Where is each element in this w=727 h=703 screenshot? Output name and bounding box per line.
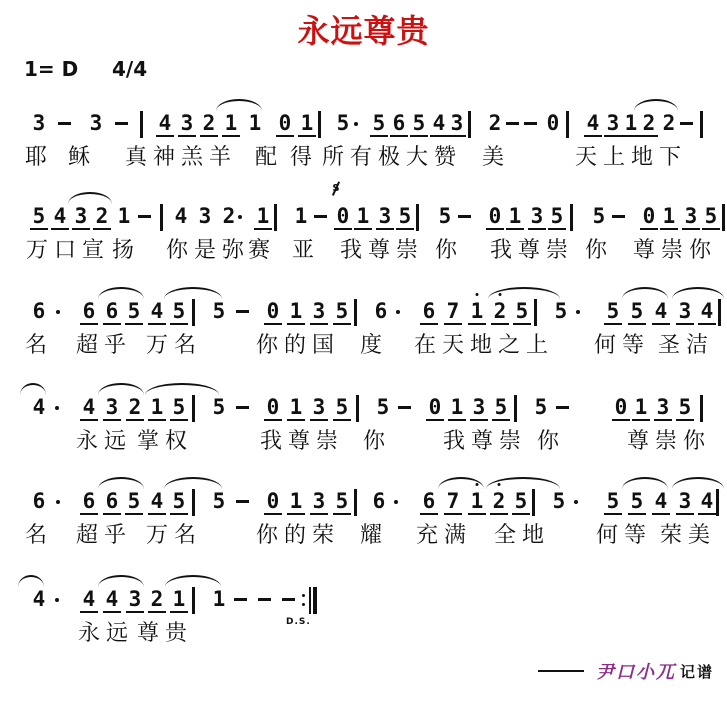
note-digit: 3: [30, 112, 48, 135]
lyric: 何等: [594, 328, 650, 359]
lyric: 你的荣: [256, 518, 340, 549]
note-digit: 5: [410, 112, 428, 137]
duration-dash: [58, 122, 71, 125]
note-digit: 5: [210, 396, 228, 419]
note-digit: 5: [333, 300, 351, 325]
note-digit: 1: [468, 300, 486, 325]
slur-arc: [68, 192, 112, 204]
barline: [416, 204, 419, 231]
note-digit: 0: [544, 112, 562, 135]
augmentation-dot: [354, 122, 358, 126]
note-digit: 4: [156, 112, 174, 137]
note-digit: 0: [486, 205, 504, 230]
barline: [192, 489, 195, 516]
lyric: 永远: [76, 424, 132, 455]
note-digit: 2: [220, 205, 238, 228]
note-digit: 6: [370, 490, 388, 513]
lyric: 配: [255, 140, 283, 171]
note-digit: 4: [30, 588, 48, 611]
note-digit: 4: [584, 112, 602, 137]
barline: [192, 395, 195, 422]
note-digit: 3: [448, 112, 466, 137]
credit-line: 尹口小兀 记谱: [538, 658, 727, 688]
slur-arc: [672, 287, 724, 299]
note-digit: 6: [80, 490, 98, 515]
lyric: 你的国: [256, 328, 340, 359]
lyric: 万口宣: [26, 233, 110, 264]
lyric: 真神羔羊: [125, 140, 237, 171]
note-digit: 5: [604, 490, 622, 515]
note-digit: 1: [210, 588, 228, 611]
note-digit: 0: [426, 396, 444, 421]
slur-arc: [622, 287, 668, 299]
note-digit: 5: [702, 205, 720, 230]
barline: [356, 395, 359, 422]
note-digit: 5: [333, 490, 351, 515]
lyric: 我尊崇: [443, 424, 527, 455]
barline: [274, 204, 277, 231]
note-digit: 4: [30, 396, 48, 419]
note-digit: 4: [148, 300, 166, 325]
credit-dash: [538, 670, 584, 672]
lyric: 我尊崇: [260, 424, 344, 455]
lyric: 稣: [68, 140, 96, 171]
slur-arc: [18, 575, 44, 587]
note-digit: 0: [264, 300, 282, 325]
note-digit: 1: [148, 396, 166, 421]
note-digit: 5: [548, 205, 566, 230]
note-digit: 3: [470, 396, 488, 421]
note-digit: 1: [170, 588, 188, 613]
note-digit: 1: [287, 300, 305, 325]
duration-dash: [506, 122, 519, 125]
score: 3343211015565432043122耶稣真神羔羊配得所有极大赞美天上地下…: [0, 0, 727, 703]
slur-arc: [216, 99, 262, 111]
note-digit: 1: [506, 205, 524, 230]
note-digit: 1: [468, 490, 486, 515]
lyric: 圣洁: [658, 328, 714, 359]
note-digit: 0: [640, 205, 658, 230]
note-digit: 6: [103, 300, 121, 325]
note-digit: 0: [612, 396, 630, 421]
slur-arc: [98, 287, 144, 299]
note-digit: 3: [126, 588, 144, 613]
note-digit: 3: [310, 396, 328, 421]
octave-dot: [498, 483, 501, 486]
duration-dash: [138, 215, 151, 218]
note-digit: 3: [87, 112, 105, 135]
note-digit: 3: [676, 490, 694, 515]
duration-dash: [556, 406, 569, 409]
note-digit: 3: [72, 205, 90, 230]
lyric: 度: [360, 328, 388, 359]
lyric: 你: [435, 233, 463, 264]
barline: [192, 587, 195, 614]
note-digit: 6: [420, 490, 438, 515]
duration-dash: [234, 598, 247, 601]
lyric: 万名: [146, 518, 202, 549]
lyric: 尊崇你: [627, 424, 711, 455]
augmentation-dot: [396, 310, 400, 314]
note-digit: 3: [196, 205, 214, 228]
slur-arc: [622, 477, 668, 489]
lyric: 赛: [248, 233, 276, 264]
lyric: 尊贵: [137, 616, 193, 647]
barline: [534, 299, 537, 326]
lyric: 得: [290, 140, 318, 171]
augmentation-dot: [576, 310, 580, 314]
barline: [514, 395, 517, 422]
augmentation-dot: [55, 598, 59, 602]
barline: [354, 299, 357, 326]
note-digit: 5: [125, 490, 143, 515]
note-digit: 5: [210, 300, 228, 323]
slur-arc: [165, 575, 221, 587]
note-digit: 1: [222, 112, 240, 137]
barline: [318, 111, 321, 138]
note-digit: 6: [30, 490, 48, 513]
barline: [718, 299, 721, 326]
duration-dash: [115, 122, 128, 125]
note-digit: 5: [30, 205, 48, 230]
note-digit: 6: [80, 300, 98, 325]
note-digit: 1: [622, 112, 640, 137]
note-digit: 1: [632, 396, 650, 421]
note-digit: 5: [333, 396, 351, 421]
note-digit: 4: [698, 300, 716, 325]
augmentation-dot: [55, 406, 59, 410]
duration-dash: [258, 598, 271, 601]
note-digit: 1: [448, 396, 466, 421]
note-digit: 0: [334, 205, 352, 230]
note-digit: 0: [276, 112, 294, 137]
octave-dot: [499, 293, 502, 296]
note-digit: 3: [528, 205, 546, 230]
note-digit: 5: [210, 490, 228, 513]
note-digit: 3: [654, 396, 672, 421]
lyric: 超乎: [76, 518, 132, 549]
note-digit: 3: [310, 490, 328, 515]
note-digit: 2: [486, 112, 504, 135]
end-repeat-barline: [302, 587, 320, 614]
note-digit: 3: [310, 300, 328, 325]
lyric: 荣美: [660, 518, 716, 549]
slur-arc: [164, 477, 222, 489]
lyric: 我尊崇: [340, 233, 424, 264]
note-digit: 5: [170, 490, 188, 515]
lyric: 你: [537, 424, 565, 455]
lyric: 亚: [292, 233, 320, 264]
slur-arc: [20, 383, 46, 395]
barline: [700, 111, 703, 138]
barline: [700, 395, 703, 422]
note-digit: 5: [370, 112, 388, 137]
note-digit: 4: [698, 490, 716, 515]
note-digit: 5: [170, 396, 188, 421]
octave-dot: [476, 293, 479, 296]
lyric: 耶: [25, 140, 53, 171]
duration-dash: [236, 310, 249, 313]
note-digit: 1: [246, 112, 264, 135]
note-digit: 3: [103, 396, 121, 421]
duration-dash: [680, 122, 693, 125]
lyric: 万名: [146, 328, 202, 359]
lyric: 在天地之上: [414, 328, 554, 359]
note-digit: 5: [552, 300, 570, 323]
repeat-dot: [302, 603, 305, 606]
thick-barline: [313, 587, 317, 614]
barline: [570, 204, 573, 231]
note-digit: 3: [376, 205, 394, 230]
lyric: 掌权: [137, 424, 193, 455]
note-digit: 7: [444, 300, 462, 325]
note-digit: 5: [492, 396, 510, 421]
lyric: 你: [585, 233, 613, 264]
lyric: 耀: [360, 518, 388, 549]
score-line: 66654550135667125555434名超乎万名你的荣耀充满全地何等荣美: [0, 490, 727, 560]
note-digit: 4: [652, 490, 670, 515]
note-digit: 1: [660, 205, 678, 230]
barline: [716, 489, 719, 516]
lyric: 永远: [78, 616, 134, 647]
note-digit: 2: [126, 396, 144, 421]
lyric: 天上地下: [575, 140, 687, 171]
note-digit: 6: [390, 112, 408, 137]
barline: [140, 111, 143, 138]
note-digit: 2: [200, 112, 218, 137]
lyric: 名: [25, 328, 53, 359]
note-digit: 5: [628, 490, 646, 515]
barline: [566, 111, 569, 138]
slur-arc: [145, 383, 219, 395]
score-line: 543214321101355013550135万口宣扬你是弥赛亚我尊崇你我尊崇…: [0, 205, 727, 275]
duration-dash: [458, 215, 471, 218]
repeat-dot: [302, 594, 305, 597]
lyric: 所有极大赞: [322, 140, 462, 171]
duration-dash: [612, 215, 625, 218]
note-digit: 2: [490, 490, 508, 515]
note-digit: 4: [80, 588, 98, 613]
score-line: 3343211015565432043122耶稣真神羔羊配得所有极大赞美天上地下: [0, 112, 727, 182]
note-digit: 6: [420, 300, 438, 325]
slur-arc: [98, 383, 144, 395]
note-digit: 5: [628, 300, 646, 325]
score-line: 4443211永远尊贵D.S.: [0, 588, 727, 658]
augmentation-dot: [56, 310, 60, 314]
note-digit: 2: [640, 112, 658, 137]
lyric: 超乎: [76, 328, 132, 359]
thin-barline: [309, 587, 311, 614]
slur-arc: [98, 477, 144, 489]
octave-dot: [476, 483, 479, 486]
barline: [722, 204, 725, 231]
barline: [160, 204, 163, 231]
note-digit: 4: [172, 205, 190, 228]
barline: [192, 299, 195, 326]
note-digit: 5: [374, 396, 392, 419]
duration-dash: [236, 406, 249, 409]
note-digit: 3: [604, 112, 622, 137]
note-digit: 5: [396, 205, 414, 230]
duration-dash: [314, 215, 327, 218]
note-digit: 4: [80, 396, 98, 421]
barline: [468, 111, 471, 138]
duration-dash: [398, 406, 411, 409]
note-digit: 5: [604, 300, 622, 325]
transcriber-name: 尹口小兀: [596, 658, 676, 684]
note-digit: 1: [298, 112, 316, 137]
lyric: 你是弥: [166, 233, 250, 264]
note-digit: 4: [103, 588, 121, 613]
note-digit: 4: [652, 300, 670, 325]
lyric: 名: [25, 518, 53, 549]
slur-arc: [672, 477, 724, 489]
note-digit: 5: [170, 300, 188, 325]
lyric: 充满: [416, 518, 472, 549]
note-digit: 6: [103, 490, 121, 515]
note-digit: 1: [354, 205, 372, 230]
note-digit: 6: [372, 300, 390, 323]
augmentation-dot: [56, 500, 60, 504]
lyric: 美: [482, 140, 510, 171]
lyric: 何等: [596, 518, 652, 549]
score-line: 443215501355013550135永远掌权我尊崇你我尊崇你尊崇你: [0, 396, 727, 466]
segno-icon: S: [330, 183, 342, 197]
note-digit: 2: [491, 300, 509, 325]
lyric: 你: [363, 424, 391, 455]
augmentation-dot: [394, 500, 398, 504]
duration-dash: [236, 500, 249, 503]
score-line: 66654550135667125555434名超乎万名你的国度在天地之上何等圣…: [0, 300, 727, 370]
lyric: 扬: [112, 233, 140, 264]
note-digit: 3: [676, 300, 694, 325]
note-digit: 6: [30, 300, 48, 323]
slur-arc: [164, 287, 222, 299]
note-digit: 5: [513, 300, 531, 325]
barline: [532, 489, 535, 516]
note-digit: 5: [436, 205, 454, 228]
barline: [354, 489, 357, 516]
note-digit: 1: [292, 205, 310, 228]
augmentation-dot: [238, 215, 242, 219]
note-digit: 5: [550, 490, 568, 513]
note-digit: 5: [532, 396, 550, 419]
lyric: 全地: [494, 518, 550, 549]
note-digit: 5: [334, 112, 352, 135]
duration-dash: [282, 598, 295, 601]
credit-suffix: 记谱: [680, 661, 714, 682]
note-digit: 3: [682, 205, 700, 230]
lyric: 尊崇你: [633, 233, 717, 264]
note-digit: 5: [125, 300, 143, 325]
note-digit: 4: [430, 112, 448, 137]
note-digit: 4: [51, 205, 69, 230]
note-digit: 2: [93, 205, 111, 230]
note-digit: 1: [254, 205, 272, 230]
lyric: 我尊崇: [490, 233, 574, 264]
note-digit: 1: [287, 396, 305, 421]
ds-mark: D.S.: [286, 617, 311, 627]
duration-dash: [524, 122, 537, 125]
note-digit: 5: [676, 396, 694, 421]
slur-arc: [634, 99, 678, 111]
note-digit: 0: [264, 396, 282, 421]
slur-arc: [98, 575, 144, 587]
note-digit: 2: [660, 112, 678, 135]
note-digit: 5: [512, 490, 530, 515]
note-digit: 7: [444, 490, 462, 515]
note-digit: 1: [115, 205, 133, 228]
note-digit: 0: [264, 490, 282, 515]
augmentation-dot: [574, 500, 578, 504]
note-digit: 5: [590, 205, 608, 228]
note-digit: 1: [287, 490, 305, 515]
note-digit: 4: [148, 490, 166, 515]
sheet-music-page: 永远尊贵 1= D 4/4 3343211015565432043122耶稣真神…: [0, 0, 727, 703]
note-digit: 2: [148, 588, 166, 613]
note-digit: 3: [178, 112, 196, 137]
